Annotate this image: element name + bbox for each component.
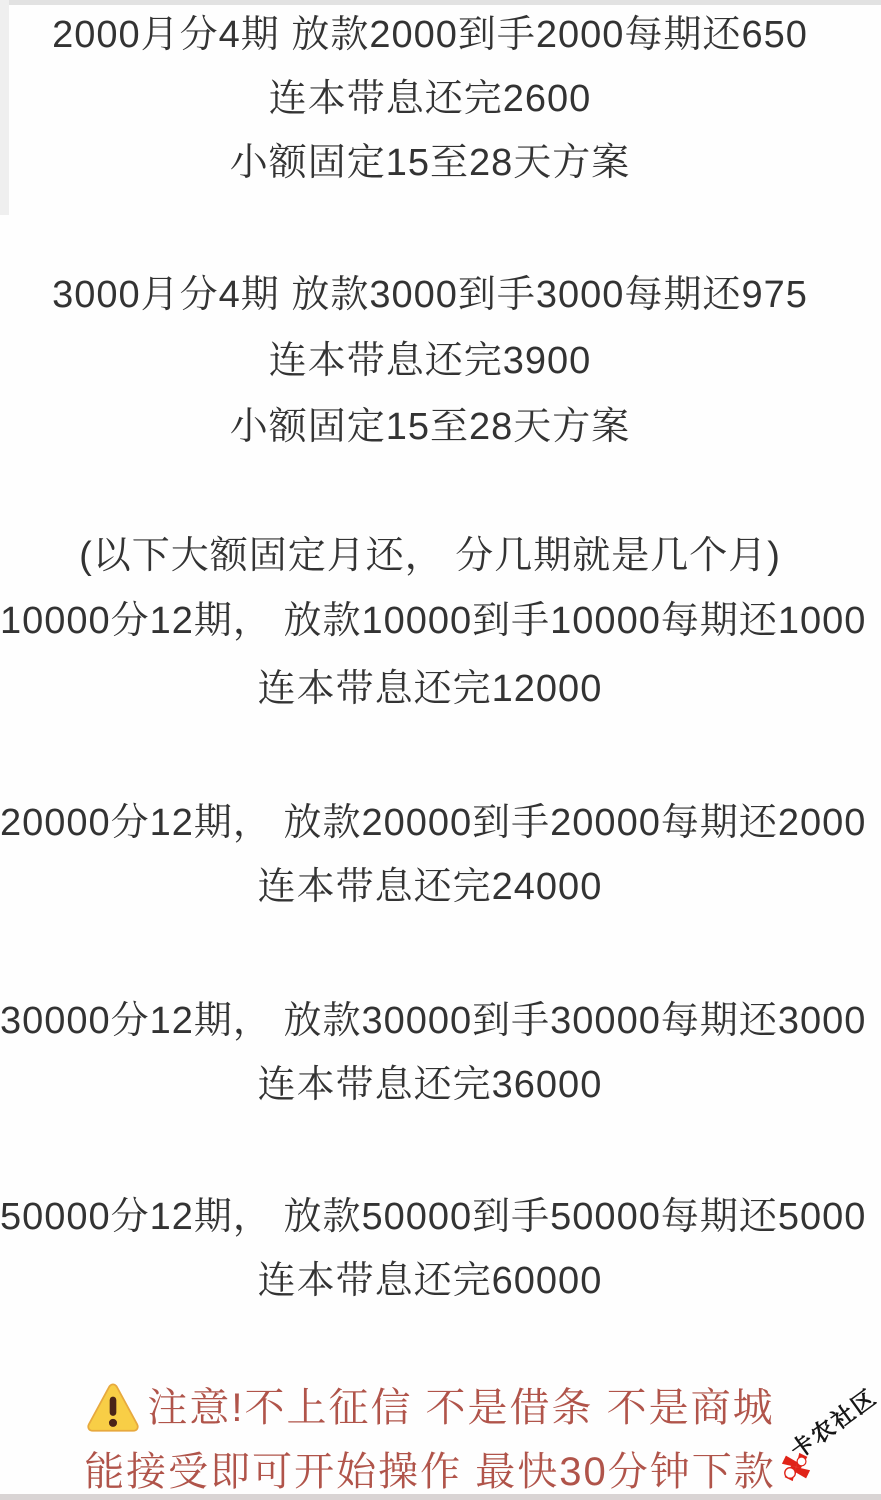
plan-line: 小额固定15至28天方案 [0,404,860,450]
plan-line: 20000分12期， 放款20000到手20000每期还2000 [0,800,860,846]
plan-text-content: 2000月分4期 放款2000到手2000每期还650 连本带息还完2600 小… [0,0,860,1500]
plan-line: 连本带息还完36000 [0,1062,860,1108]
plan-line: 连本带息还完24000 [0,864,860,910]
plan-line: 30000分12期， 放款30000到手30000每期还3000 [0,998,860,1044]
plan-line: 小额固定15至28天方案 [0,140,860,186]
plan-line: 50000分12期， 放款50000到手50000每期还5000 [0,1194,860,1240]
plan-line: 10000分12期， 放款10000到手10000每期还1000 [0,598,860,644]
warning-row: 注意!不上征信 不是借条 不是商城 [0,1378,860,1438]
flyer-page: 2000月分4期 放款2000到手2000每期还650 连本带息还完2600 小… [0,0,881,1500]
plan-line: 连本带息还完3900 [0,338,860,384]
page-edge-bottom [0,1494,881,1500]
plan-note: (以下大额固定月还， 分几期就是几个月) [0,533,860,579]
plan-line: 连本带息还完12000 [0,666,860,712]
plan-line: 连本带息还完60000 [0,1258,860,1304]
warning-triangle-icon [85,1380,141,1436]
plan-line: 2000月分4期 放款2000到手2000每期还650 [0,12,860,58]
warning-line-2: 能接受即可开始操作 最快30分钟下款 [0,1446,860,1498]
plan-line: 连本带息还完2600 [0,76,860,122]
plan-line: 3000月分4期 放款3000到手3000每期还975 [0,272,860,318]
warning-line-1: 注意!不上征信 不是借条 不是商城 [147,1378,774,1438]
